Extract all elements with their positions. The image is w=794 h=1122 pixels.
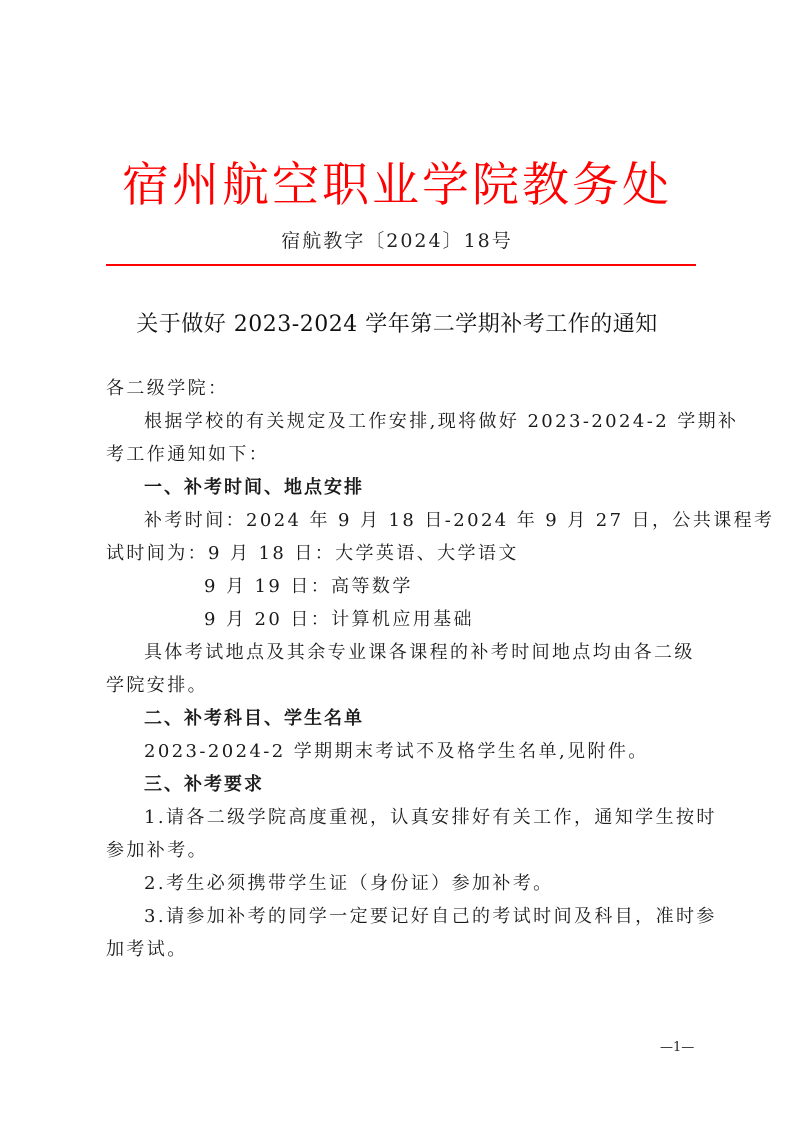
page-number: —1— — [660, 1040, 694, 1055]
section-line: 1.请各二级学院高度重视，认真安排好有关工作，通知学生按时 — [106, 801, 698, 834]
document-number: 宿航教字〔2024〕18号 — [0, 228, 794, 254]
notice-title: 关于做好 2023-2024 学年第二学期补考工作的通知 — [0, 310, 794, 340]
section-heading-1: 一、补考时间、地点安排 — [106, 471, 698, 504]
section-line: 2.考生必须携带学生证（身份证）参加补考。 — [106, 867, 698, 900]
section-heading-2: 二、补考科目、学生名单 — [106, 702, 698, 735]
salutation: 各二级学院： — [106, 372, 698, 405]
section-line: 加考试。 — [106, 933, 698, 966]
section-line: 学院安排。 — [106, 669, 698, 702]
section-line: 试时间为：9 月 18 日：大学英语、大学语文 — [106, 537, 698, 570]
document-page: 宿州航空职业学院教务处 宿航教字〔2024〕18号 关于做好 2023-2024… — [0, 0, 794, 1122]
notice-body: 各二级学院： 根据学校的有关规定及工作安排,现将做好 2023-2024-2 学… — [106, 372, 698, 966]
section-line: 3.请参加补考的同学一定要记好自己的考试时间及科目，准时参 — [106, 900, 698, 933]
section-line: 9 月 20 日：计算机应用基础 — [106, 603, 698, 636]
section-line: 具体考试地点及其余专业课各课程的补考时间地点均由各二级 — [106, 636, 698, 669]
issuing-office-title: 宿州航空职业学院教务处 — [0, 156, 794, 216]
red-header-divider — [106, 264, 696, 266]
intro-line: 考工作通知如下： — [106, 438, 698, 471]
section-line: 9 月 19 日：高等数学 — [106, 570, 698, 603]
section-line: 参加补考。 — [106, 834, 698, 867]
section-heading-3: 三、补考要求 — [106, 768, 698, 801]
section-line: 补考时间：2024 年 9 月 18 日-2024 年 9 月 27 日，公共课… — [106, 504, 698, 537]
intro-line: 根据学校的有关规定及工作安排,现将做好 2023-2024-2 学期补 — [106, 405, 698, 438]
section-line: 2023-2024-2 学期期末考试不及格学生名单,见附件。 — [106, 735, 698, 768]
